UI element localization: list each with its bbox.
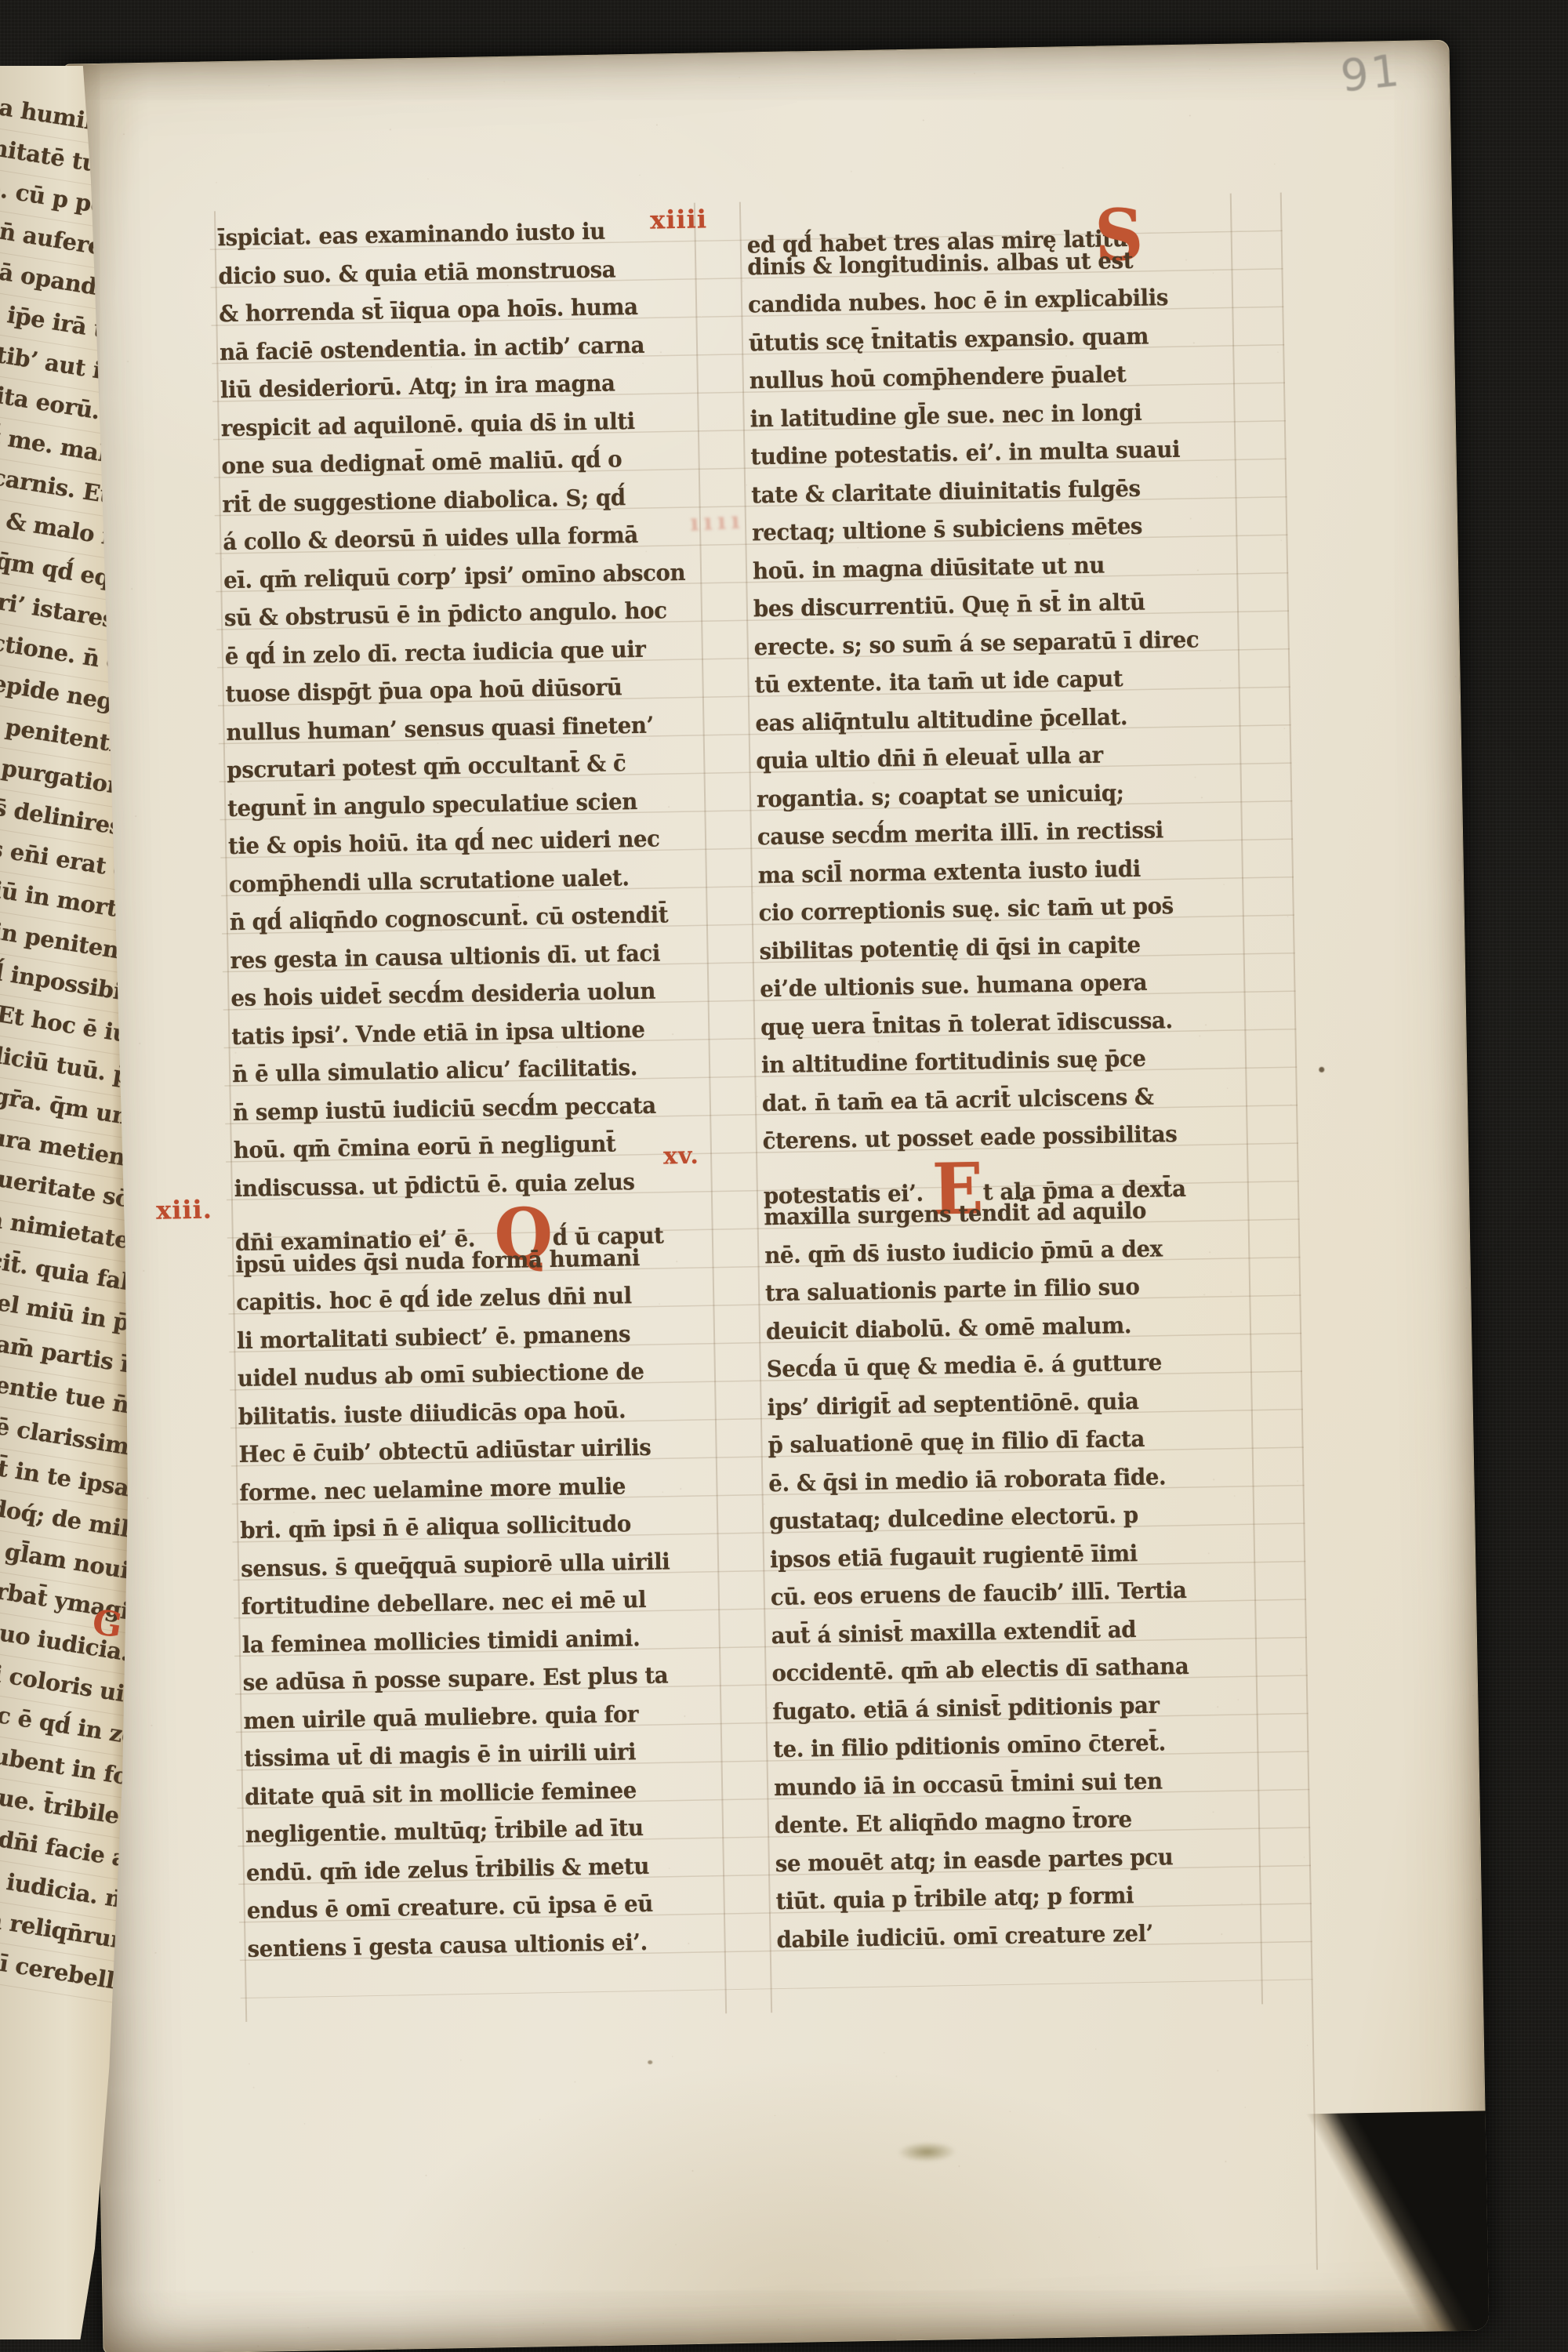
ink-stain bbox=[897, 2141, 956, 2162]
curled-corner-shadow bbox=[1243, 2111, 1490, 2334]
ruling-vertical-line bbox=[1280, 193, 1318, 2270]
chapter-numeral-left-margin: xiii. bbox=[156, 1195, 212, 1225]
parchment-speck bbox=[648, 2060, 652, 2064]
folio-number: 91 bbox=[1338, 45, 1404, 103]
text-column-right: ed qd́ habet tres alas mirę latituSdinis… bbox=[746, 201, 1269, 1959]
manuscript-page: 91 xiiii xiii. xv. ıııı īspiciat. eas ex… bbox=[64, 40, 1490, 2352]
text-column-left: īspiciat. eas examinando iusto iudicio s… bbox=[217, 211, 731, 1968]
text-line: sentiens ī gesta causa ultionis ei’. bbox=[247, 1922, 706, 1968]
parchment-speck bbox=[1319, 1067, 1324, 1073]
strip-rubric-initial: G bbox=[89, 1602, 125, 1646]
text-line: dabile iudiciū. omī creature zel’ bbox=[776, 1912, 1244, 1958]
manuscript-photo: itate tua humilastiē. P bonitatē tuā m̄o… bbox=[0, 0, 1568, 2352]
